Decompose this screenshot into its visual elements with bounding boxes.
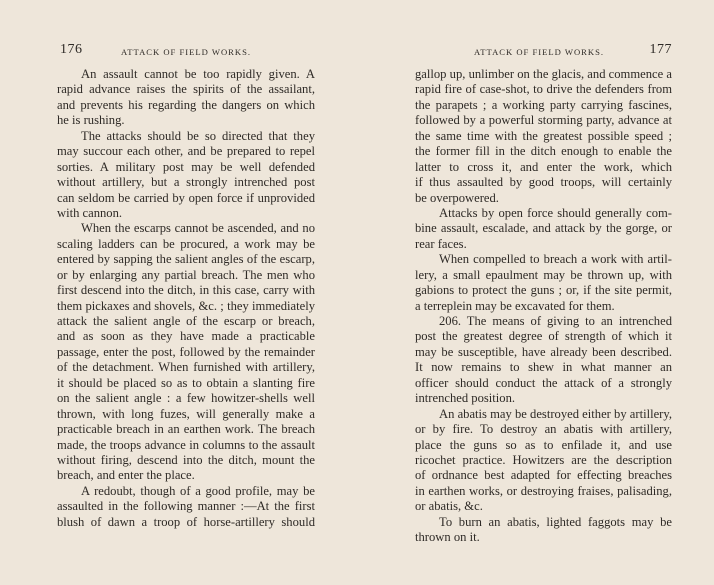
text-line: rapid advance raises the spirits of the …: [57, 82, 315, 97]
text-line: them pickaxes and shovels, &c. ; they im…: [57, 299, 315, 314]
text-line: or by enlarging any partial breach. The …: [57, 268, 315, 283]
text-line: place the guns so as to enfilade it, and…: [415, 438, 672, 453]
text-line: post the greatest degree of strength of …: [415, 329, 672, 344]
text-line: To burn an abatis, lighted faggots may b…: [415, 515, 672, 530]
text-line: rapid fire of case-shot, to drive the de…: [415, 82, 672, 97]
running-head-title: ATTACK OF FIELD WORKS.: [474, 45, 604, 59]
text-line: made, the troops advance in columns to t…: [57, 438, 315, 453]
page-number: 176: [60, 43, 83, 57]
text-line: without artillery, but a strongly intren…: [57, 175, 315, 190]
text-line: may be susceptible, have already been de…: [415, 345, 672, 360]
text-line: on the salient angle : a few howitzer-sh…: [57, 391, 315, 406]
text-line: with cannon.: [57, 206, 315, 221]
text-line: may succour each other, and be prepared …: [57, 144, 315, 159]
text-line: practicable breach in an earthen work. T…: [57, 422, 315, 437]
text-line: sorties. A military post may be well def…: [57, 160, 315, 175]
text-line: rear faces.: [415, 237, 672, 252]
page-body-right: gallop up, unlimber on the glacis, and c…: [415, 67, 672, 546]
text-line: the parapets ; a working party carrying …: [415, 98, 672, 113]
text-line: latter to cross it, and enter the work, …: [415, 160, 672, 175]
text-line: if thus assaulted by good troops, will c…: [415, 175, 672, 190]
text-line: thrown on it.: [415, 530, 672, 545]
text-line: scaling ladders can be procured, a work …: [57, 237, 315, 252]
text-line: be overpowered.: [415, 191, 672, 206]
text-line: blush of dawn a troop of horse-artillery…: [57, 515, 315, 530]
text-line: first descend into the ditch, in this ca…: [57, 283, 315, 298]
text-line: thrown, with long fuzes, will generally …: [57, 407, 315, 422]
page-number: 177: [650, 43, 673, 57]
running-head-left: 176 ATTACK OF FIELD WORKS.: [58, 43, 316, 57]
left-page: 176 ATTACK OF FIELD WORKS. An assault ca…: [0, 0, 357, 585]
text-line: the same time with the greatest possible…: [415, 129, 672, 144]
text-line: It now remains to shew in what manner an: [415, 360, 672, 375]
right-page: ATTACK OF FIELD WORKS. 177 gallop up, un…: [357, 0, 714, 585]
text-line: 206. The means of giving to an intrenche…: [415, 314, 672, 329]
text-line: passage, enter the post, followed by the…: [57, 345, 315, 360]
text-line: or abatis, &c.: [415, 499, 672, 514]
text-line: gabions to protect the guns ; or, if the…: [415, 283, 672, 298]
running-head-title: ATTACK OF FIELD WORKS.: [121, 45, 251, 59]
text-line: gallop up, unlimber on the glacis, and c…: [415, 67, 672, 82]
text-line: it should be placed so as to obtain a sl…: [57, 376, 315, 391]
text-line: A redoubt, though of a good profile, may…: [57, 484, 315, 499]
text-line: a terreplein may be excavated for them.: [415, 299, 672, 314]
text-line: attack the salient angle of the escarp o…: [57, 314, 315, 329]
text-line: When the escarps cannot be ascended, and…: [57, 221, 315, 236]
text-line: An assault cannot be too rapidly given. …: [57, 67, 315, 82]
text-line: the former fill in the ditch enough to e…: [415, 144, 672, 159]
text-line: and as soon as they have made a practica…: [57, 329, 315, 344]
text-line: When compelled to breach a work with art…: [415, 252, 672, 267]
text-line: can seldom be carried by open force if u…: [57, 191, 315, 206]
text-line: lery, a small epaulment may be thrown up…: [415, 268, 672, 283]
text-line: he is rushing.: [57, 113, 315, 128]
text-line: of ordnance best adapted for effecting b…: [415, 468, 672, 483]
text-line: or by fire. To destroy an abatis with ar…: [415, 422, 672, 437]
text-line: ricochet practice. Howitzers are the des…: [415, 453, 672, 468]
text-line: in earthen works, or destroying fraises,…: [415, 484, 672, 499]
text-line: intrenched position.: [415, 391, 672, 406]
text-line: without firing, descend into the ditch, …: [57, 453, 315, 468]
page-body-left: An assault cannot be too rapidly given. …: [57, 67, 315, 530]
text-line: assaulted in the following manner :—At t…: [57, 499, 315, 514]
running-head-right: ATTACK OF FIELD WORKS. 177: [415, 43, 672, 57]
text-line: breach, and enter the place.: [57, 468, 315, 483]
text-line: The attacks should be so directed that t…: [57, 129, 315, 144]
text-line: entered by sapping the salient angles of…: [57, 252, 315, 267]
text-line: followed by a powerful storming party, a…: [415, 113, 672, 128]
text-line: bine assault, escalade, and attack by th…: [415, 221, 672, 236]
text-line: An abatis may be destroyed either by art…: [415, 407, 672, 422]
text-line: of the detachment. When furnished with a…: [57, 360, 315, 375]
text-line: Attacks by open force should generally c…: [415, 206, 672, 221]
text-line: officer should conduct the attack of a s…: [415, 376, 672, 391]
text-line: and prevents his regarding the dangers o…: [57, 98, 315, 113]
